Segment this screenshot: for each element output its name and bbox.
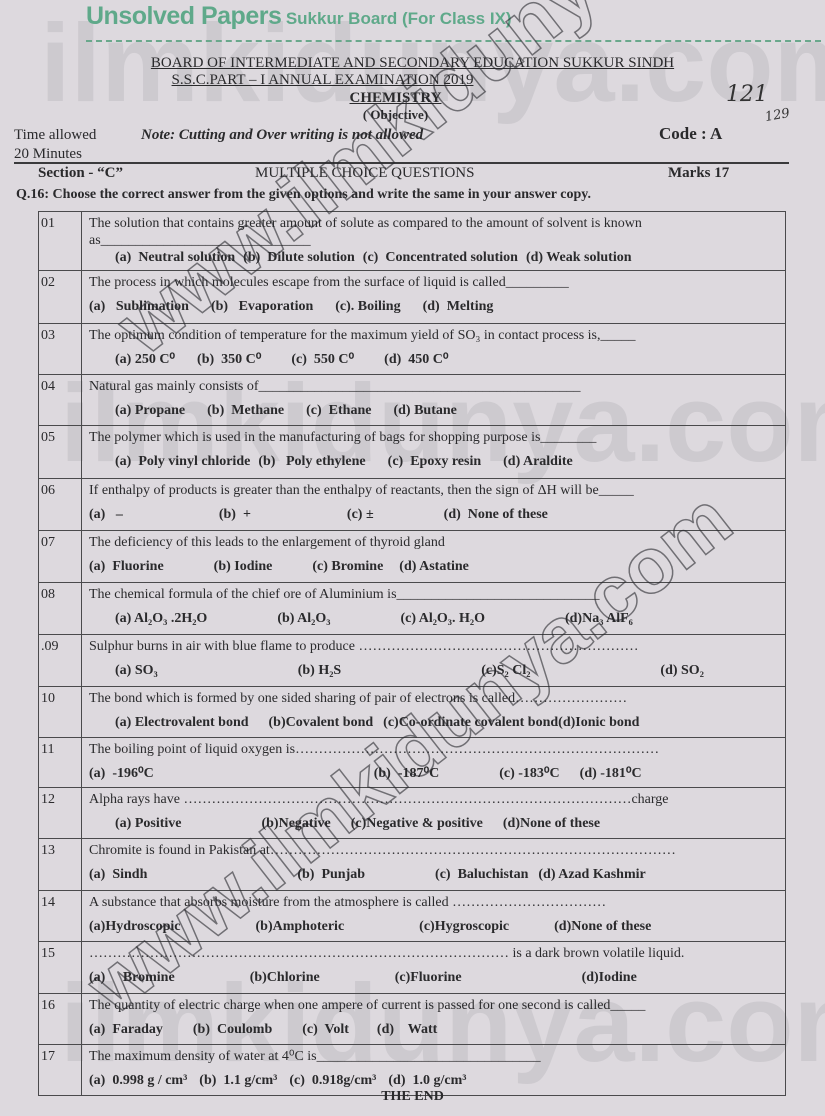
marks-label: Marks 17: [668, 165, 729, 182]
question-text: A substance that absorbs moisture from t…: [89, 894, 779, 911]
option-b: (b) 350 C⁰: [197, 352, 261, 368]
options-list: (a) Electrovalent bond(b)Covalent bond(c…: [89, 715, 779, 731]
paper-code: Code : A: [659, 124, 722, 144]
question-text: The polymer which is used in the manufac…: [89, 429, 779, 446]
option-b: (b) Poly ethylene: [258, 454, 365, 470]
option-c: (c)S₂ Cl₂: [481, 663, 530, 679]
question-number: 01: [39, 212, 82, 271]
question-text: ……………………………………………………………………………… is a dark…: [89, 945, 779, 962]
options-list: (a)Hydroscopic(b)Amphoteric(c)Hygroscopi…: [89, 919, 779, 935]
question-text: The optimum condition of temperature for…: [89, 327, 779, 344]
option-c: (c) Bromine: [312, 559, 383, 575]
options-list: (a) Propane(b) Methane(c) Ethane(d) Buta…: [89, 403, 779, 419]
option-a: (a)Hydroscopic: [89, 919, 181, 935]
question-text: The bond which is formed by one sided sh…: [89, 690, 779, 707]
question-cell: The chemical formula of the chief ore of…: [82, 583, 786, 635]
question-number: 02: [39, 271, 82, 324]
option-d: (d) Butane: [393, 403, 456, 419]
option-c: (c) 0.918g/cm³: [289, 1073, 376, 1089]
option-b: (b) -187⁰C: [374, 766, 440, 782]
question-row: 08The chemical formula of the chief ore …: [39, 583, 786, 635]
options-list: (a) 0.998 g / cm³(b) 1.1 g/cm³(c) 0.918g…: [89, 1073, 779, 1089]
option-b: (b)Amphoteric: [256, 919, 345, 935]
banner-title: Unsolved Papers: [86, 2, 281, 30]
option-a: (a) –: [89, 507, 123, 523]
banner-divider: [86, 40, 821, 42]
option-d: (d) 450 C⁰: [384, 352, 448, 368]
option-a: (a) Poly vinyl chloride: [115, 454, 250, 470]
options-list: (a) Bromine(b)Chlorine(c)Fluorine(d)Iodi…: [89, 970, 779, 986]
option-b: (b) Coulomb: [193, 1022, 272, 1038]
question-number: 05: [39, 426, 82, 479]
option-b: (b)Covalent bond: [269, 715, 374, 731]
option-a: (a) Faraday: [89, 1022, 163, 1038]
option-c: (c). Boiling: [335, 299, 400, 315]
option-b: (b) Dilute solution: [243, 250, 355, 266]
question-text: The quantity of electric charge when one…: [89, 997, 779, 1014]
option-b: (b) Punjab: [297, 867, 365, 883]
site-banner: Unsolved Papers Sukkur Board (For Class …: [86, 2, 512, 31]
option-b: (b) Methane: [207, 403, 284, 419]
option-b: (b) +: [219, 507, 251, 523]
option-d: (d)None of these: [554, 919, 651, 935]
options-list: (a) Sindh(b) Punjab(c) Baluchistan(d) Az…: [89, 867, 779, 883]
option-c: (c) Al₂O₃. H₂O: [400, 611, 485, 627]
option-a: (a) Fluorine: [89, 559, 164, 575]
option-c: (c) Concentrated solution: [363, 250, 518, 266]
question-row: 01The solution that contains greater amo…: [39, 212, 786, 271]
question-number: 13: [39, 839, 82, 891]
option-d: (d)Ionic bond: [558, 715, 639, 731]
subject-title: CHEMISTRY: [0, 90, 808, 107]
question-number: 17: [39, 1045, 82, 1096]
question-text: Sulphur burns in air with blue flame to …: [89, 638, 779, 655]
question-text: The process in which molecules escape fr…: [89, 274, 779, 291]
question-cell: Sulphur burns in air with blue flame to …: [82, 635, 786, 687]
exam-name: S.S.C.PART – I ANNUAL EXAMINATION 2019: [0, 72, 735, 89]
option-d: (d) 1.0 g/cm³: [388, 1073, 466, 1089]
options-list: (a) Poly vinyl chloride(b) Poly ethylene…: [89, 454, 779, 470]
question-cell: The polymer which is used in the manufac…: [82, 426, 786, 479]
option-a: (a) Bromine: [89, 970, 175, 986]
question-row: 14A substance that absorbs moisture from…: [39, 891, 786, 942]
option-d: (d)Iodine: [582, 970, 637, 986]
question-row: 15……………………………………………………………………………… is a da…: [39, 942, 786, 994]
question-number: 14: [39, 891, 82, 942]
options-list: (a) –(b) +(c) ±(d) None of these: [89, 507, 779, 523]
question-number: .09: [39, 635, 82, 687]
option-d: (d) Astatine: [399, 559, 469, 575]
option-a: (a) 250 C⁰: [115, 352, 175, 368]
question-row: 02The process in which molecules escape …: [39, 271, 786, 324]
section-title: MULTIPLE CHOICE QUESTIONS: [255, 165, 474, 182]
option-b: (b)Chlorine: [250, 970, 320, 986]
option-b: (b) Evaporation: [211, 299, 313, 315]
question-cell: ……………………………………………………………………………… is a dark…: [82, 942, 786, 994]
question-text: The boiling point of liquid oxygen is…………: [89, 741, 779, 758]
question-cell: Chromite is found in Pakistan at………………………: [82, 839, 786, 891]
option-b: (b) Iodine: [214, 559, 273, 575]
question-row: 06If enthalpy of products is greater tha…: [39, 479, 786, 531]
question-number: 03: [39, 324, 82, 375]
option-a: (a) Neutral solution: [115, 250, 235, 266]
banner-subtitle: Sukkur Board (For Class IX): [286, 9, 512, 28]
option-a: (a) 0.998 g / cm³: [89, 1073, 187, 1089]
option-a: (a) Al₂O₃ .2H₂O: [115, 611, 207, 627]
header-divider: [14, 162, 789, 164]
question-row: 13Chromite is found in Pakistan at…………………: [39, 839, 786, 891]
board-name: BOARD OF INTERMEDIATE AND SECONDARY EDUC…: [0, 55, 825, 72]
question-row: .09Sulphur burns in air with blue flame …: [39, 635, 786, 687]
option-b: (b)Negative: [261, 816, 330, 832]
question-number: 12: [39, 788, 82, 839]
question-row: 03The optimum condition of temperature f…: [39, 324, 786, 375]
question-text: The chemical formula of the chief ore of…: [89, 586, 779, 603]
question-cell: The quantity of electric charge when one…: [82, 994, 786, 1045]
options-list: (a) Faraday(b) Coulomb(c) Volt(d) Watt: [89, 1022, 779, 1038]
question-cell: The deficiency of this leads to the enla…: [82, 531, 786, 583]
option-c: (c) 550 C⁰: [291, 352, 354, 368]
question-number: 08: [39, 583, 82, 635]
question-text: If enthalpy of products is greater than …: [89, 482, 779, 499]
option-d: (d)Na₃ AlF₆: [565, 611, 633, 627]
question-row: 04Natural gas mainly consists of________…: [39, 375, 786, 426]
option-c: (c) -183⁰C: [499, 766, 559, 782]
options-list: (a) Positive(b)Negative(c)Negative & pos…: [89, 816, 779, 832]
option-c: (c)Hygroscopic: [419, 919, 509, 935]
question-text: Chromite is found in Pakistan at………………………: [89, 842, 779, 859]
option-b: (b) 1.1 g/cm³: [199, 1073, 277, 1089]
question-number: 04: [39, 375, 82, 426]
option-a: (a) Propane: [115, 403, 185, 419]
option-d: (d) SO₂: [660, 663, 703, 679]
option-b: (b) Al₂O₃: [277, 611, 330, 627]
paper-type: ( Objective): [0, 107, 808, 123]
question-number: 07: [39, 531, 82, 583]
question-number: 15: [39, 942, 82, 994]
option-c: (c)Co-ordinate covalent bond: [383, 715, 558, 731]
question-number: 16: [39, 994, 82, 1045]
question-row: 07The deficiency of this leads to the en…: [39, 531, 786, 583]
options-list: (a) 250 C⁰(b) 350 C⁰(c) 550 C⁰(d) 450 C⁰: [89, 352, 779, 368]
option-d: (d) Weak solution: [526, 250, 632, 266]
instruction-text: Q.16: Choose the correct answer from the…: [16, 187, 591, 203]
question-text: The solution that contains greater amoun…: [89, 215, 779, 249]
exam-note: Note: Cutting and Over writing is not al…: [141, 127, 423, 144]
question-cell: The bond which is formed by one sided sh…: [82, 687, 786, 738]
mcq-table: 01The solution that contains greater amo…: [38, 211, 786, 1096]
options-list: (a) -196⁰C(b) -187⁰C(c) -183⁰C(d) -181⁰C: [89, 766, 779, 782]
question-cell: If enthalpy of products is greater than …: [82, 479, 786, 531]
question-cell: The process in which molecules escape fr…: [82, 271, 786, 324]
options-list: (a) Al₂O₃ .2H₂O(b) Al₂O₃(c) Al₂O₃. H₂O(d…: [89, 611, 779, 627]
option-c: (c) Baluchistan: [435, 867, 528, 883]
options-list: (a) Sublimation(b) Evaporation(c). Boili…: [89, 299, 779, 315]
question-number: 11: [39, 738, 82, 788]
question-row: 11The boiling point of liquid oxygen is……: [39, 738, 786, 788]
option-c: (c) Epoxy resin: [388, 454, 481, 470]
option-c: (c) Volt: [302, 1022, 349, 1038]
the-end: THE END: [0, 1089, 825, 1105]
question-cell: The boiling point of liquid oxygen is…………: [82, 738, 786, 788]
question-cell: The solution that contains greater amoun…: [82, 212, 786, 271]
question-row: 05The polymer which is used in the manuf…: [39, 426, 786, 479]
option-a: (a) Electrovalent bond: [115, 715, 249, 731]
question-text: Natural gas mainly consists of__________…: [89, 378, 779, 395]
question-number: 06: [39, 479, 82, 531]
option-c: (c)Negative & positive: [351, 816, 483, 832]
option-c: (c) ±: [347, 507, 374, 523]
option-d: (d) Azad Kashmir: [538, 867, 645, 883]
option-d: (d) None of these: [444, 507, 548, 523]
question-row: 16The quantity of electric charge when o…: [39, 994, 786, 1045]
options-list: (a) SO₃(b) H₂S(c)S₂ Cl₂(d) SO₂: [89, 663, 779, 679]
question-text: The maximum density of water at 4⁰C is__…: [89, 1048, 779, 1065]
option-d: (d) Watt: [377, 1022, 437, 1038]
question-text: The deficiency of this leads to the enla…: [89, 534, 779, 551]
question-cell: Alpha rays have …………………………………………………………………: [82, 788, 786, 839]
options-list: (a) Fluorine(b) Iodine(c) Bromine(d) Ast…: [89, 559, 779, 575]
option-a: (a) Sindh: [89, 867, 147, 883]
question-row: 17The maximum density of water at 4⁰C is…: [39, 1045, 786, 1096]
question-cell: The maximum density of water at 4⁰C is__…: [82, 1045, 786, 1096]
question-number: 10: [39, 687, 82, 738]
question-cell: Natural gas mainly consists of__________…: [82, 375, 786, 426]
time-allowed-value: 20 Minutes: [14, 146, 82, 163]
option-c: (c)Fluorine: [395, 970, 462, 986]
question-row: 12Alpha rays have ……………………………………………………………: [39, 788, 786, 839]
question-cell: A substance that absorbs moisture from t…: [82, 891, 786, 942]
option-c: (c) Ethane: [306, 403, 371, 419]
option-d: (d) Melting: [423, 299, 494, 315]
question-row: 10The bond which is formed by one sided …: [39, 687, 786, 738]
option-a: (a) Sublimation: [89, 299, 189, 315]
time-allowed-label: Time allowed: [14, 127, 96, 144]
option-b: (b) H₂S: [298, 663, 341, 679]
options-list: (a) Neutral solution(b) Dilute solution(…: [89, 250, 779, 266]
question-cell: The optimum condition of temperature for…: [82, 324, 786, 375]
option-d: (d) Araldite: [503, 454, 573, 470]
option-a: (a) -196⁰C: [89, 766, 154, 782]
question-text: Alpha rays have …………………………………………………………………: [89, 791, 779, 808]
option-a: (a) Positive: [115, 816, 181, 832]
handwritten-note: 121: [726, 82, 768, 107]
option-d: (d) -181⁰C: [580, 766, 642, 782]
option-a: (a) SO₃: [115, 663, 158, 679]
option-d: (d)None of these: [503, 816, 600, 832]
section-label: Section - “C”: [38, 165, 123, 182]
